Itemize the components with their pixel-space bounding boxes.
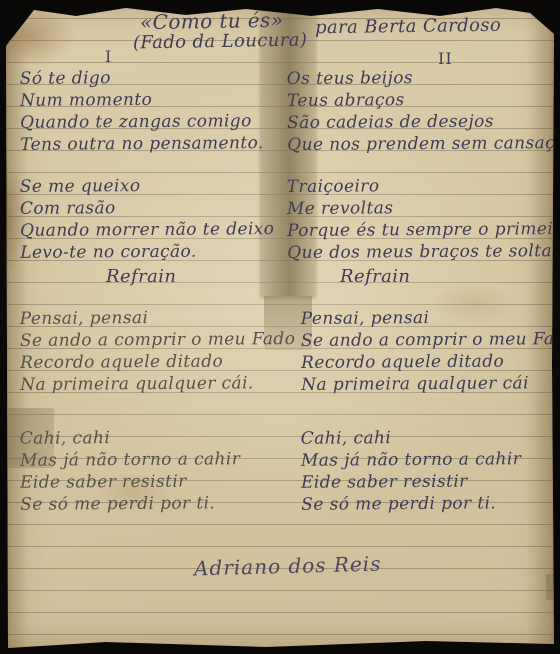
verse-line: Na primeira qualquer cái — [301, 372, 554, 396]
verse-line: Se me queixo — [20, 174, 274, 198]
col1-stanza1: Só te digo Num momento Quando te zangas … — [20, 66, 264, 156]
verse-line: Se ando a comprir o meu Fado — [20, 328, 296, 352]
verse-line: Na primeira qualquer cái. — [20, 372, 296, 396]
col1-refrain-stanza: Pensai, pensai Se ando a comprir o meu F… — [20, 306, 296, 396]
author-signature: Adriano dos Reis — [194, 553, 382, 580]
verse-line: Eide saber resistir — [20, 470, 240, 494]
col1-stanza2: Se me queixo Com rasão Quando morrer não… — [20, 174, 275, 264]
col2-stanza4: Cahi, cahi Mas já não torno a cahir Eide… — [301, 426, 522, 516]
verse-line: Eide saber resistir — [301, 470, 521, 494]
verse-line: Me revoltas — [287, 196, 554, 220]
verse-line: Cahi, cahi — [20, 426, 240, 450]
manuscript-page: «Como tu és» para Berta Cardoso (Fado da… — [6, 4, 554, 650]
photo-background: «Como tu és» para Berta Cardoso (Fado da… — [0, 0, 560, 654]
verse-line: Cahi, cahi — [301, 426, 521, 450]
verse-line: Só te digo — [20, 66, 264, 90]
col1-stanza4: Cahi, cahi Mas já não torno a cahir Eide… — [20, 426, 241, 516]
verse-line: Tens outra no pensamento. — [20, 132, 264, 156]
verse-line: Pensai, pensai — [20, 306, 296, 330]
dedication: para Berta Cardoso — [315, 15, 502, 40]
verse-line: Quando morrer não te deixo — [20, 218, 274, 242]
verse-line: Se só me perdi por ti. — [301, 492, 521, 516]
verse-line: Num momento — [20, 88, 264, 112]
verse-line: Que nos prendem sem cansaços. — [287, 132, 554, 156]
verse-line: São cadeias de desejos — [287, 110, 554, 134]
verse-line: Pensai, pensai — [301, 306, 554, 330]
song-subtitle: (Fado da Loucura) — [133, 29, 308, 54]
column-numeral-1: I — [105, 46, 112, 68]
verse-line: Teus abraços — [287, 88, 554, 112]
verse-line: Levo-te no coração. — [20, 240, 274, 264]
verse-line: Se ando a comprir o meu Fado — [301, 328, 554, 352]
verse-line: Traiçoeiro — [287, 174, 554, 198]
tape-tab-right-edge — [546, 574, 554, 600]
verse-line: Mas já não torno a cahir — [301, 448, 521, 472]
col1-refrain-label: Refrain — [106, 266, 176, 288]
col2-stanza2: Traiçoeiro Me revoltas Porque és tu semp… — [287, 174, 554, 264]
verse-line: Quando te zangas comigo — [20, 110, 264, 134]
verse-line: Recordo aquele ditado — [301, 350, 554, 374]
verse-line: Recordo aquele ditado — [20, 350, 296, 374]
verse-line: Com rasão — [20, 196, 274, 220]
verse-line: Mas já não torno a cahir — [20, 448, 240, 472]
col2-refrain-label: Refrain — [340, 266, 410, 288]
col2-refrain-stanza: Pensai, pensai Se ando a comprir o meu F… — [301, 306, 554, 396]
verse-line: Porque és tu sempre o primeiro — [287, 218, 554, 242]
verse-line: Os teus beijos — [287, 66, 554, 90]
verse-line: Se só me perdi por ti. — [20, 492, 240, 516]
verse-line: Que dos meus braços te soltas — [287, 240, 554, 264]
col2-stanza1: Os teus beijos Teus abraços São cadeias … — [287, 66, 554, 156]
